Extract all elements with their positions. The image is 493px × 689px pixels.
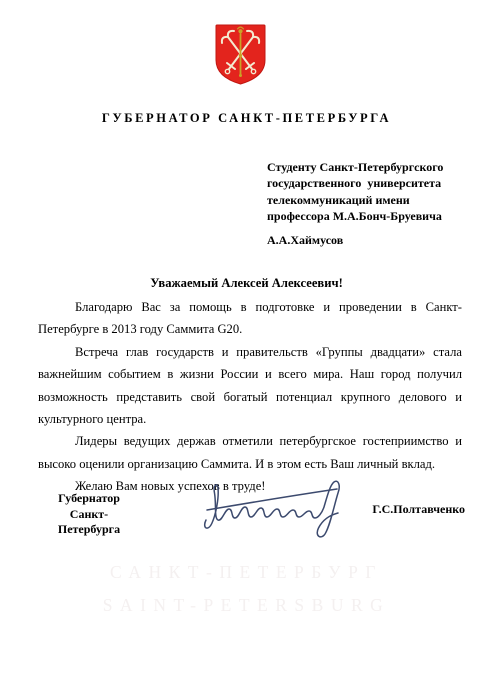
addressee-name: А.А.Хаймусов xyxy=(267,232,443,248)
addressee-block: Студенту Санкт-Петербургского государств… xyxy=(267,159,443,248)
salutation: Уважаемый Алексей Алексеевич! xyxy=(0,276,493,291)
watermark-line-en: SAINT-PETERSBURG xyxy=(0,589,493,622)
addressee-line: телекоммуникаций имени xyxy=(267,192,443,208)
body-paragraph: Благодарю Вас за помощь в подготовке и п… xyxy=(38,296,462,341)
watermark-line-ru: САНКТ-ПЕТЕРБУРГ xyxy=(0,556,493,589)
saint-petersburg-coat-of-arms-icon xyxy=(214,23,267,86)
signatory-name: Г.С.Полтавченко xyxy=(372,502,465,517)
signature-autograph xyxy=(197,468,347,548)
signatory-position-line1: Губернатор xyxy=(40,491,138,507)
addressee-line: Студенту Санкт-Петербургского xyxy=(267,159,443,175)
watermark: САНКТ-ПЕТЕРБУРГ SAINT-PETERSBURG xyxy=(0,556,493,622)
signatory-position-line2: Санкт-Петербурга xyxy=(40,507,138,538)
addressee-line: государственного университета xyxy=(267,175,443,191)
signatory-position: Губернатор Санкт-Петербурга xyxy=(40,491,138,538)
letterhead-title: ГУБЕРНАТОР САНКТ-ПЕТЕРБУРГА xyxy=(0,111,493,126)
addressee-line: профессора М.А.Бонч-Бруевича xyxy=(267,208,443,224)
letter-page: ГУБЕРНАТОР САНКТ-ПЕТЕРБУРГА Студенту Сан… xyxy=(0,0,493,689)
body-paragraph: Встреча глав государств и правительств «… xyxy=(38,341,462,431)
